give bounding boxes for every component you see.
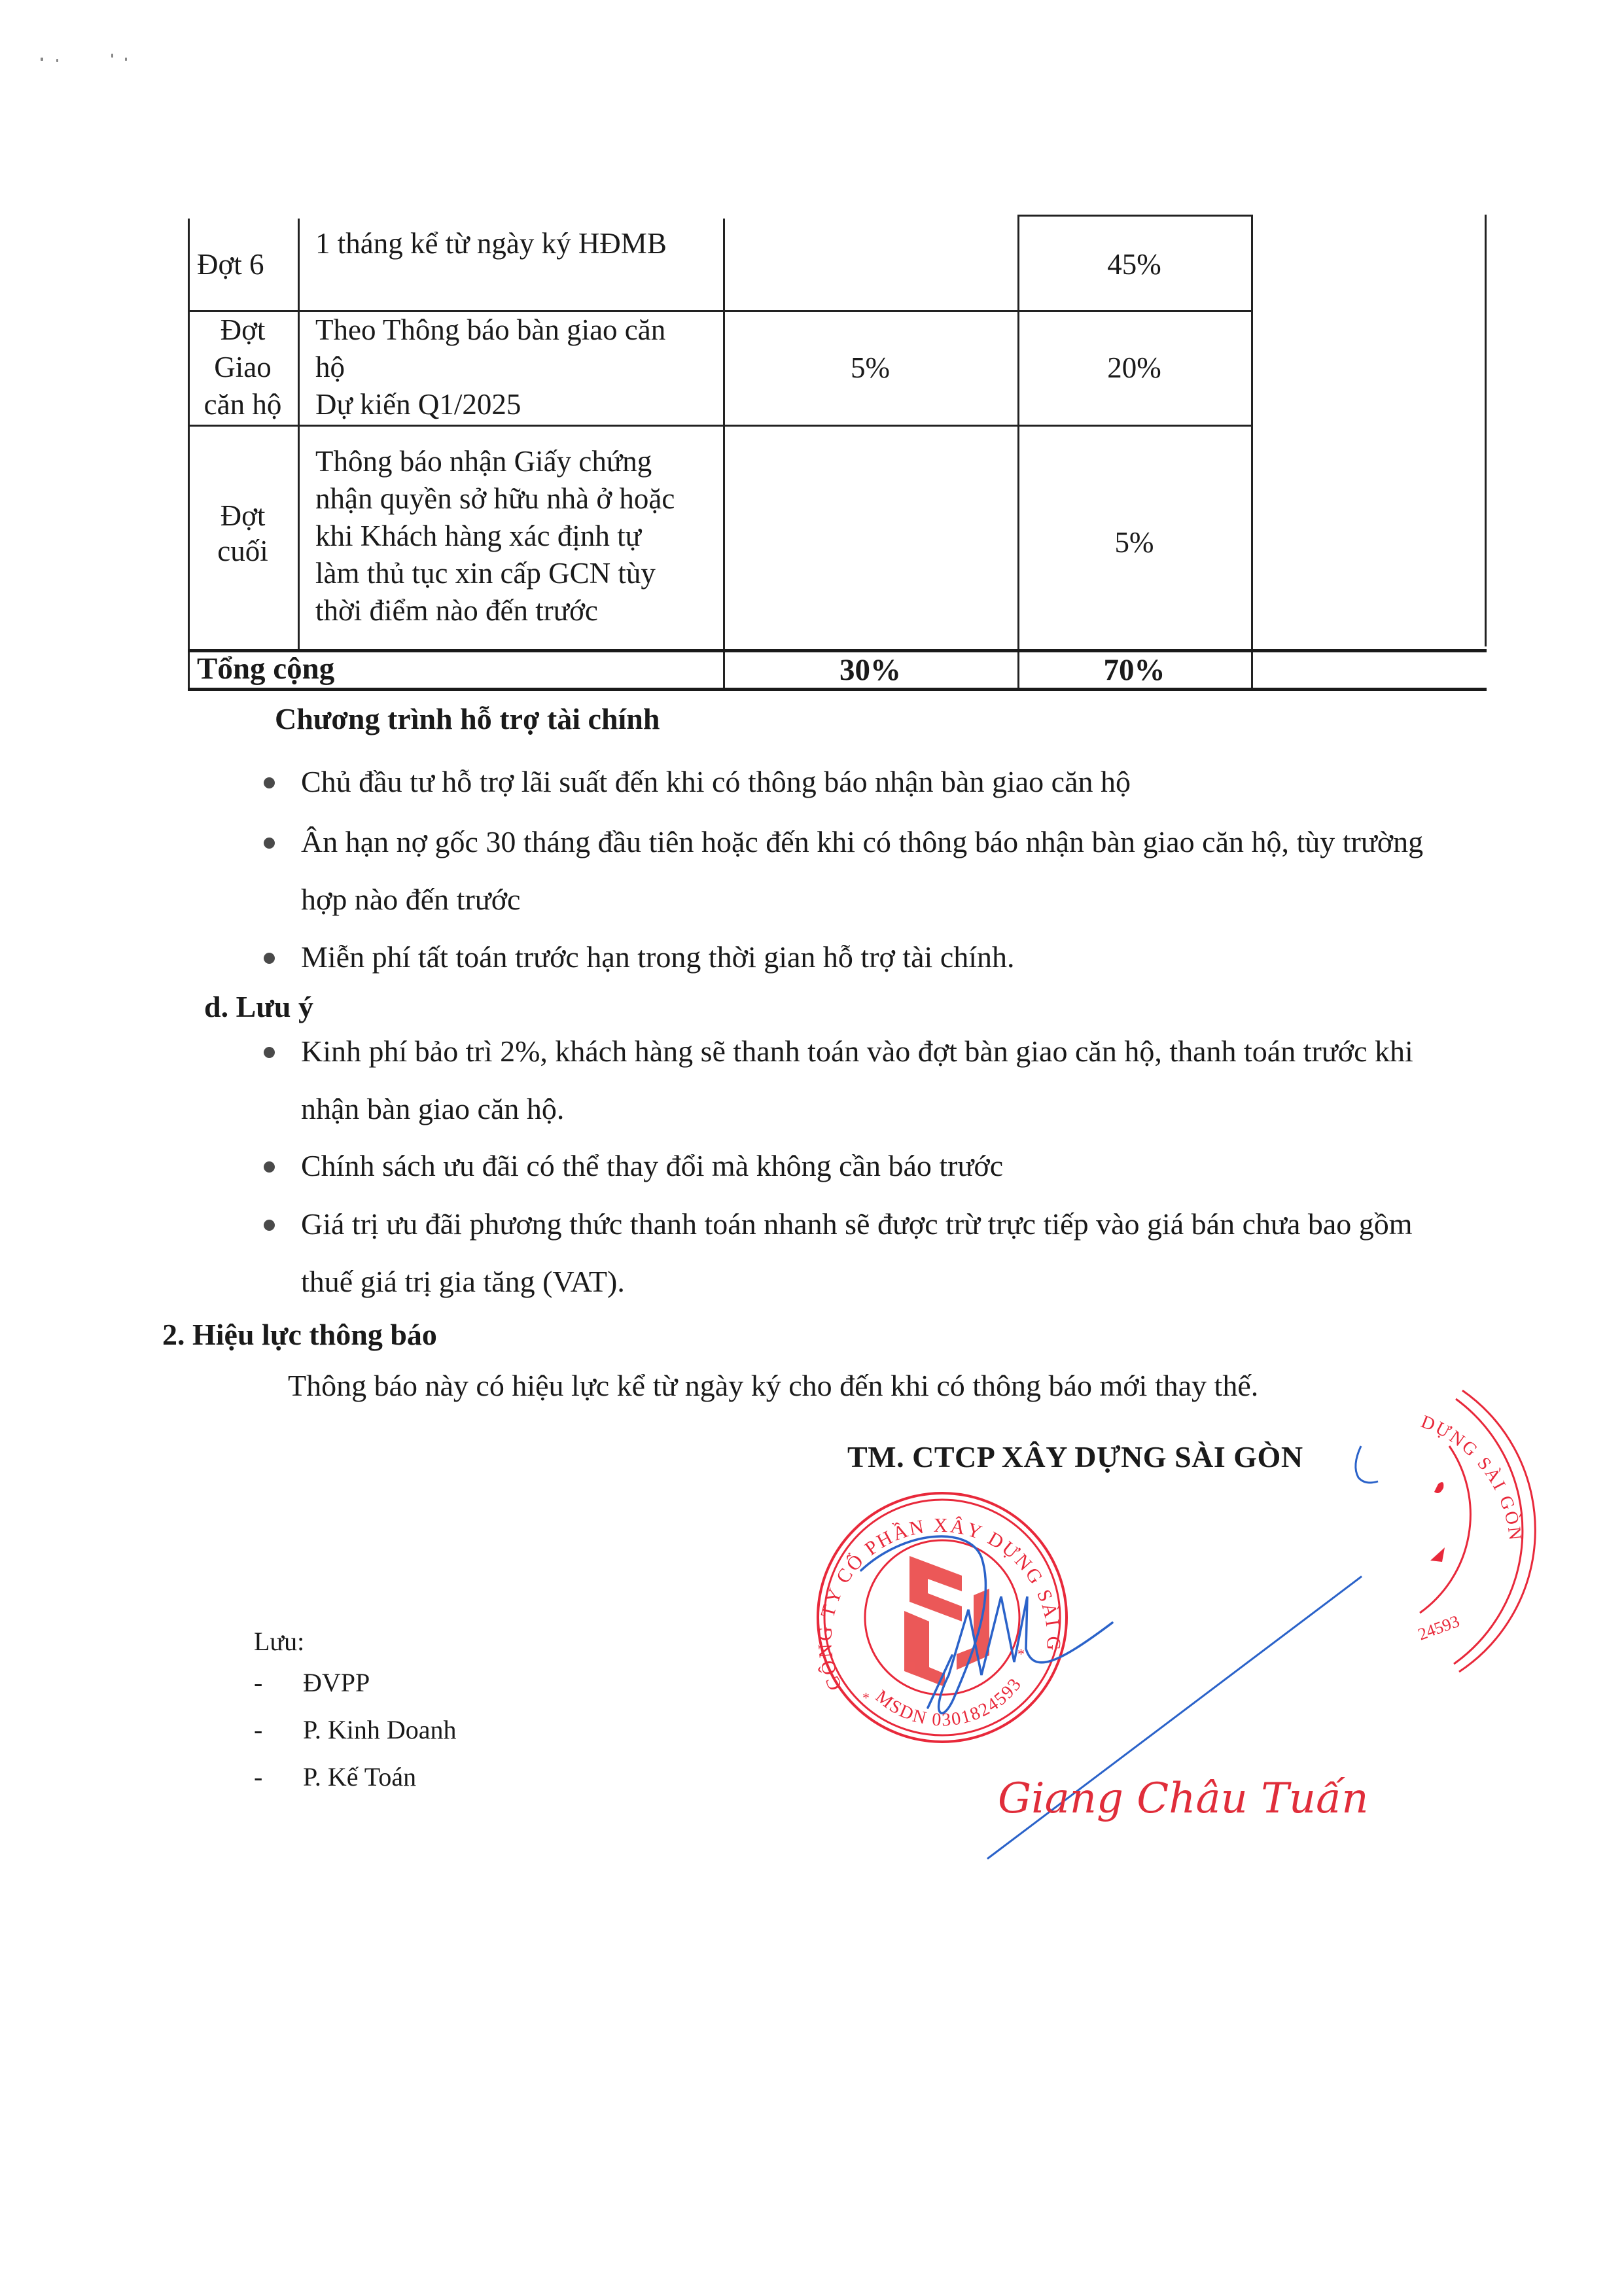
dash: - (254, 1761, 262, 1792)
svg-text:*: * (862, 1689, 870, 1706)
list-item: ĐVPP (303, 1667, 370, 1698)
list-item: P. Kế Toán (303, 1761, 416, 1792)
stamp-outer-text: CÔNG TY CỔ PHẦN XÂY DỰNG SÀI GÒN (0, 0, 1065, 1693)
dash: - (254, 1714, 262, 1745)
svg-text:*: * (1017, 1646, 1025, 1662)
list-item: P. Kinh Doanh (303, 1714, 456, 1745)
distribution-label: Lưu: (254, 1626, 304, 1657)
partial-stamp-text: DỰNG SÀI GÒN (1418, 1411, 1525, 1543)
dash: - (254, 1667, 262, 1698)
svg-text:24593: 24593 (1415, 1612, 1462, 1644)
stamp-and-signature: CÔNG TY CỔ PHẦN XÂY DỰNG SÀI GÒN MSDN 03… (0, 0, 1624, 2296)
stamp-bottom-text: MSDN 0301824593 (872, 1674, 1026, 1730)
signer-name: Giang Châu Tuấn (998, 1775, 1369, 1823)
